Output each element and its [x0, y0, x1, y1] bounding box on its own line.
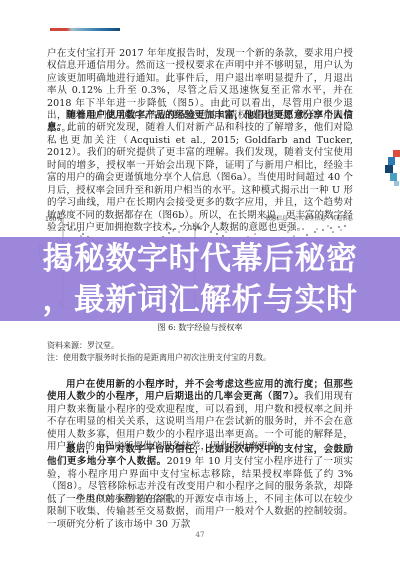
figure-caption: 图 6: 数字经验与授权率 [0, 322, 400, 333]
page-number: 47 [0, 531, 400, 539]
logo-pixel-lightblue [394, 181, 399, 186]
promo-banner-overlay: 揭秘数字时代幕后秘密 ，最新词汇解析与实时 [0, 237, 400, 321]
paragraph-text: 一个类似的案例是在谷歌的开源安卓市场上，不同主体可以在较少限制下收集、传输甚至交… [47, 494, 353, 530]
body-paragraph-3: 用户在使用新的小程序时，并不会考虑这些应用的流行度；但那些使用人数少的小程序，用… [47, 379, 353, 454]
banner-title-line-2: ，最新词汇解析与实时 [0, 280, 400, 321]
banner-title-line-1: 揭秘数字时代幕后秘密 [0, 239, 400, 280]
logo-pixel-blue [388, 157, 395, 165]
figure-note: 注：使用数字服务时长指的是距离用户初次注册支付宝的月数。 [47, 352, 271, 363]
document-page: 户在支付宝打开 2017 年年度报告时，发现一个新的条款，要求用户授权信息开通信… [0, 0, 400, 565]
section-divider-gradient-rule [50, 28, 120, 31]
logo-pixel-navy [385, 165, 393, 173]
logo-pixel-red [393, 150, 400, 157]
figure-source: 资料来源：罗汉堂。 [47, 340, 119, 351]
body-paragraph-5: 一个类似的案例是在谷歌的开源安卓市场上，不同主体可以在较少限制下收集、传输甚至交… [47, 494, 353, 531]
logo-pixel-teal [390, 173, 397, 181]
